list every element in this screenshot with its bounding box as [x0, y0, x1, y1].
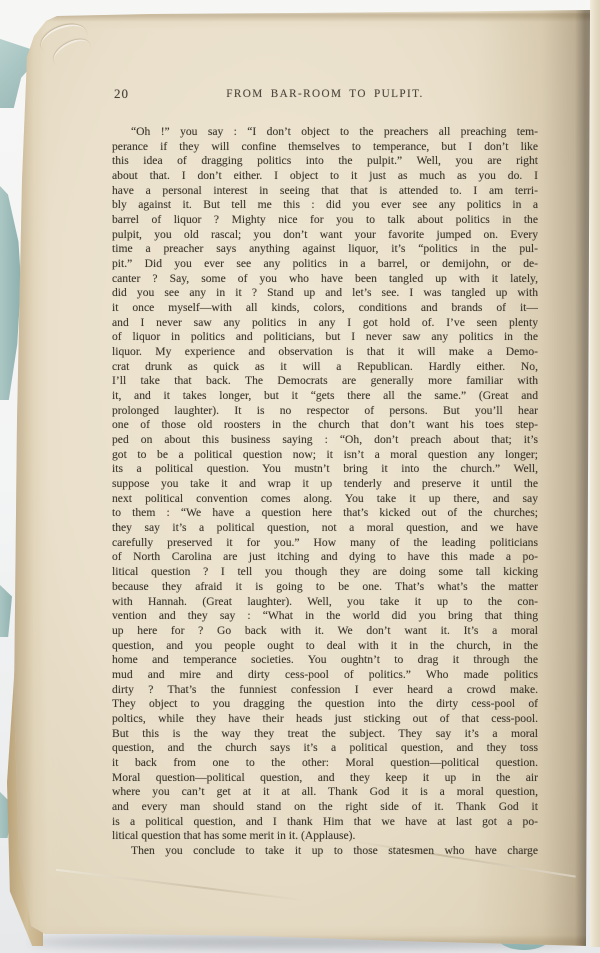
text-line: of liquor in politics and politicians, b… — [112, 330, 538, 345]
text-line: got to be a political question now; it i… — [112, 448, 538, 463]
next-page-edge — [590, 0, 600, 947]
text-line: one of those old roosters in the church … — [112, 418, 538, 433]
text-line: time a preacher says anything against li… — [112, 242, 538, 257]
text-line: they say it’s a political question, not … — [112, 521, 538, 536]
page-header: 20 FROM BAR-ROOM TO PULPIT. — [112, 86, 538, 104]
text-line: did you see any in it ? Stand up and let… — [112, 286, 538, 301]
text-line: question, and the church says it’s a pol… — [112, 741, 538, 756]
text-line: prolonged laughter). It is no respector … — [112, 404, 538, 419]
page-text-lines: “Oh !” you say : “I don’t object to the … — [112, 125, 538, 859]
text-line: and I never saw any politics in any I go… — [112, 316, 538, 331]
text-line: Then you conclude to take it up to those… — [112, 844, 538, 859]
text-line: bly against it. But tell me this : did y… — [112, 198, 538, 213]
scanned-book-photo: 20 FROM BAR-ROOM TO PULPIT. “Oh !” you s… — [0, 0, 600, 953]
text-line: and every man should stand on the right … — [112, 800, 538, 815]
text-line: up here for ? Go back with it. We don’t … — [112, 624, 538, 639]
text-line: liquor. My experience and observation is… — [112, 345, 538, 360]
text-line: I’ll take that back. The Democrats are g… — [112, 374, 538, 389]
text-line: poltics, while they have their heads jus… — [112, 712, 538, 727]
text-line: it, and it takes longer, but it “gets th… — [112, 389, 538, 404]
book-cover-edge — [0, 186, 21, 400]
text-line: ped on about this business saying : “Oh,… — [112, 433, 538, 448]
text-line: next political convention comes along. Y… — [112, 492, 538, 507]
text-line: is a political question, and I thank Him… — [112, 815, 538, 830]
text-line: suppose you take it and wrap it up tende… — [112, 477, 538, 492]
text-line: They object to you dragging the question… — [112, 697, 538, 712]
text-line: litical question ? I tell you though the… — [112, 565, 538, 580]
text-line: canter ? Say, some of you who have been … — [112, 272, 538, 287]
text-line: crat drunk as quick as it will a Republi… — [112, 360, 538, 375]
text-line: perance if they will confine themselves … — [112, 140, 538, 155]
text-line: question, and you people ought to deal w… — [112, 639, 538, 654]
text-line: where you can’t get at it at all. Thank … — [112, 785, 538, 800]
text-line: Moral question—political question, and t… — [112, 771, 538, 786]
page-number: 20 — [114, 86, 129, 102]
text-line: carefully preserved it for you.” How man… — [112, 536, 538, 551]
text-line: this idea of dragging politics into the … — [112, 154, 538, 169]
text-line: vention and they say : “What in the worl… — [112, 609, 538, 624]
text-line: barrel of liquor ? Mighty nice for you t… — [112, 213, 538, 228]
text-line: with Hannah. (Great laughter). Well, you… — [112, 595, 538, 610]
text-line: But this is the way they treat the subje… — [112, 727, 538, 742]
text-line: about that. I don’t either. I object to … — [112, 169, 538, 184]
text-line: litical question that has some merit in … — [112, 829, 538, 844]
text-line: it back from one to the other: Moral que… — [112, 756, 538, 771]
text-line: pit.” Did you ever see any politics in a… — [112, 257, 538, 272]
text-line: dirty ? That’s the funniest confession I… — [112, 683, 538, 698]
page-text: 20 FROM BAR-ROOM TO PULPIT. “Oh !” you s… — [112, 86, 538, 859]
running-header: FROM BAR-ROOM TO PULPIT. — [112, 86, 538, 100]
text-line: because they afraid it is going to be on… — [112, 580, 538, 595]
text-line: of North Carolina are just itching and d… — [112, 550, 538, 565]
text-line: home and temperance societies. You ought… — [112, 653, 538, 668]
text-line: “Oh !” you say : “I don’t object to the … — [112, 125, 538, 140]
text-line: to them : “We have a question here that’… — [112, 506, 538, 521]
text-line: mud and mire and dirty cess-pool of poli… — [112, 668, 538, 683]
text-line: its a political question. You mustn’t br… — [112, 462, 538, 477]
text-line: it once myself—with all kinds, colors, c… — [112, 301, 538, 316]
text-line: pulpit, you old rascal; you don’t want y… — [112, 228, 538, 243]
text-line: have a personal interest in seeing that … — [112, 184, 538, 199]
book-cover-edge — [0, 585, 12, 637]
